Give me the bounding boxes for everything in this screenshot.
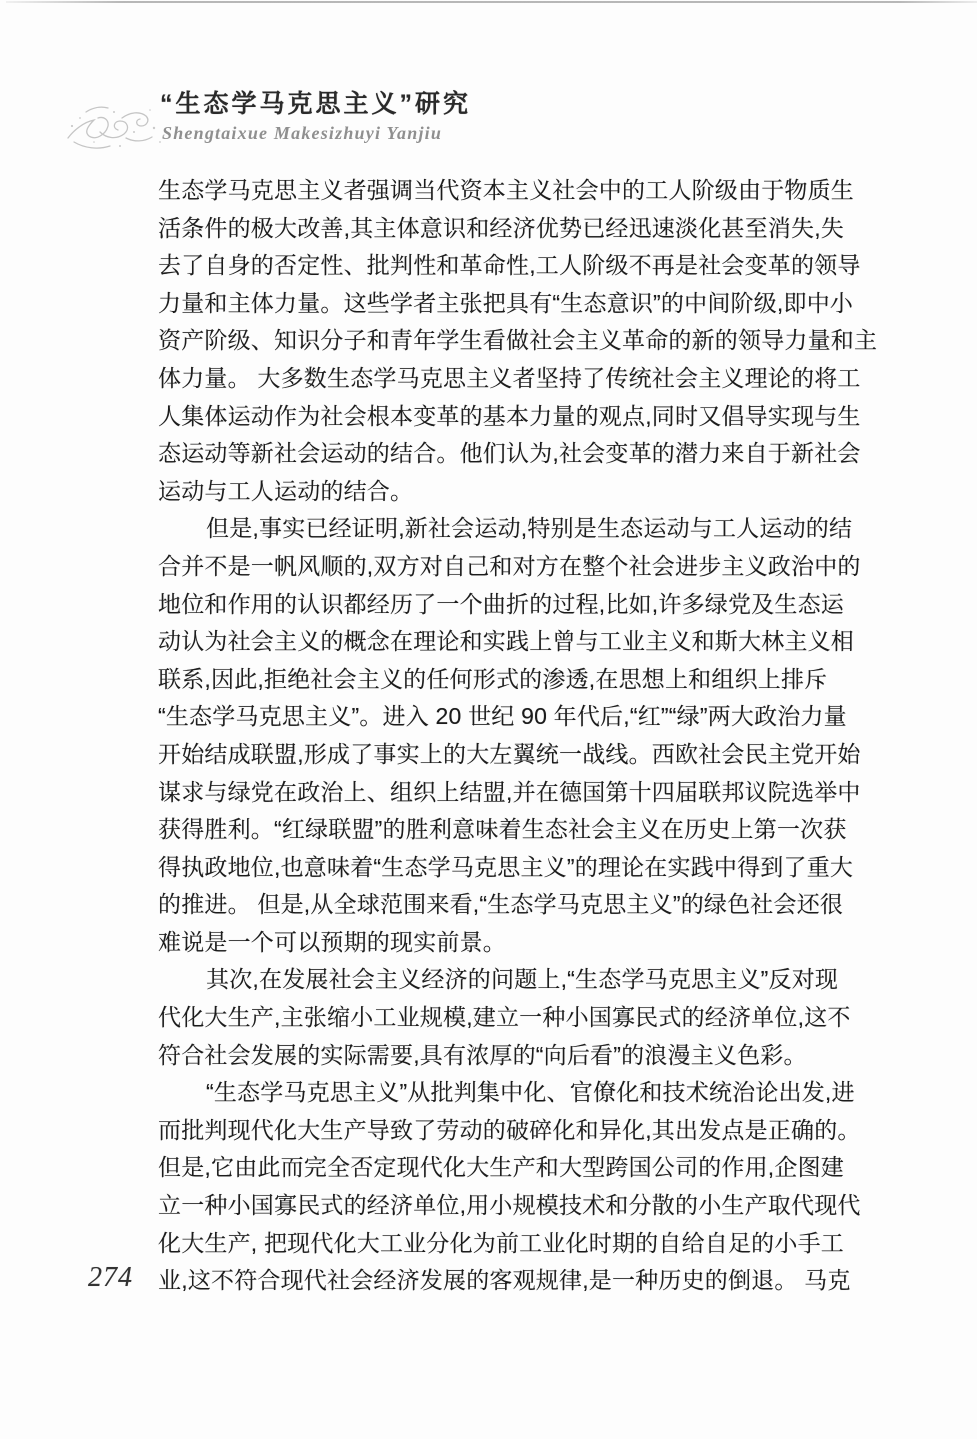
text-line: 代化大生产,主张缩小工业规模,建立一种小国寡民式的经济单位,这不 <box>158 999 868 1037</box>
text-line: 生态学马克思主义者强调当代资本主义社会中的工人阶级由于物质生 <box>158 172 868 210</box>
text-line: 运动与工人运动的结合。 <box>158 473 868 511</box>
text-line: 而批判现代化大生产导致了劳动的破碎化和异化,其出发点是正确的。 <box>158 1112 868 1150</box>
text-line: 立一种小国寡民式的经济单位,用小规模技术和分散的小生产取代现代 <box>158 1187 868 1225</box>
text-line: 人集体运动作为社会根本变革的基本力量的观点,同时又倡导实现与生 <box>158 398 868 436</box>
text-line: 态运动等新社会运动的结合。他们认为,社会变革的潜力来自于新社会 <box>158 435 868 473</box>
text-line: 业,这不符合现代社会经济发展的客观规律,是一种历史的倒退。 马克 <box>158 1262 868 1300</box>
flourish-stamp-icon <box>64 98 168 156</box>
body-text: 生态学马克思主义者强调当代资本主义社会中的工人阶级由于物质生活条件的极大改善,其… <box>158 172 868 1300</box>
scan-edge-line <box>6 1 977 3</box>
text-line: 地位和作用的认识都经历了一个曲折的过程,比如,许多绿党及生态运 <box>158 586 868 624</box>
text-line: 活条件的极大改善,其主体意识和经济优势已经迅速淡化甚至消失,失 <box>158 210 868 248</box>
book-title-pinyin: Shengtaixue Makesizhuyi Yanjiu <box>162 123 471 144</box>
text-line: 但是,事实已经证明,新社会运动,特别是生态运动与工人运动的结 <box>158 510 868 548</box>
text-line: 其次,在发展社会主义经济的问题上,“生态学马克思主义”反对现 <box>158 961 868 999</box>
text-line: 动认为社会主义的概念在理论和实践上曾与工业主义和斯大林主义相 <box>158 623 868 661</box>
text-line: 资产阶级、知识分子和青年学生看做社会主义革命的新的领导力量和主 <box>158 322 868 360</box>
text-line: 化大生产, 把现代化大工业分化为前工业化时期的自给自足的小手工 <box>158 1225 868 1263</box>
text-line: 符合社会发展的实际需要,具有浓厚的“向后看”的浪漫主义色彩。 <box>158 1037 868 1075</box>
text-line: 获得胜利。“红绿联盟”的胜利意味着生态社会主义在历史上第一次获 <box>158 811 868 849</box>
text-line: 体力量。 大多数生态学马克思主义者坚持了传统社会主义理论的将工 <box>158 360 868 398</box>
text-line: 但是,它由此而完全否定现代化大生产和大型跨国公司的作用,企图建 <box>158 1149 868 1187</box>
text-line: 难说是一个可以预期的现实前景。 <box>158 924 868 962</box>
text-line: 去了自身的否定性、批判性和革命性,工人阶级不再是社会变革的领导 <box>158 247 868 285</box>
page-number: 274 <box>88 1262 133 1294</box>
text-line: 得执政地位,也意味着“生态学马克思主义”的理论在实践中得到了重大 <box>158 849 868 887</box>
text-line: “生态学马克思主义”从批判集中化、官僚化和技术统治论出发,进 <box>158 1074 868 1112</box>
text-line: 谋求与绿党在政治上、组织上结盟,并在德国第十四届联邦议院选举中 <box>158 774 868 812</box>
text-line: 力量和主体力量。这些学者主张把具有“生态意识”的中间阶级,即中小 <box>158 285 868 323</box>
page-header: “生态学马克思主义”研究 Shengtaixue Makesizhuyi Yan… <box>0 84 977 164</box>
book-title: “生态学马克思主义”研究 <box>160 84 471 120</box>
header-titles: “生态学马克思主义”研究 Shengtaixue Makesizhuyi Yan… <box>160 84 471 144</box>
text-line: 联系,因此,拒绝社会主义的任何形式的渗透,在思想上和组织上排斥 <box>158 661 868 699</box>
book-page: “生态学马克思主义”研究 Shengtaixue Makesizhuyi Yan… <box>0 0 977 1439</box>
text-line: “生态学马克思主义”。进入 20 世纪 90 年代后,“红”“绿”两大政治力量 <box>158 698 868 736</box>
text-line: 的推进。 但是,从全球范围来看,“生态学马克思主义”的绿色社会还很 <box>158 886 868 924</box>
text-line: 开始结成联盟,形成了事实上的大左翼统一战线。西欧社会民主党开始 <box>158 736 868 774</box>
text-line: 合并不是一帆风顺的,双方对自己和对方在整个社会进步主义政治中的 <box>158 548 868 586</box>
